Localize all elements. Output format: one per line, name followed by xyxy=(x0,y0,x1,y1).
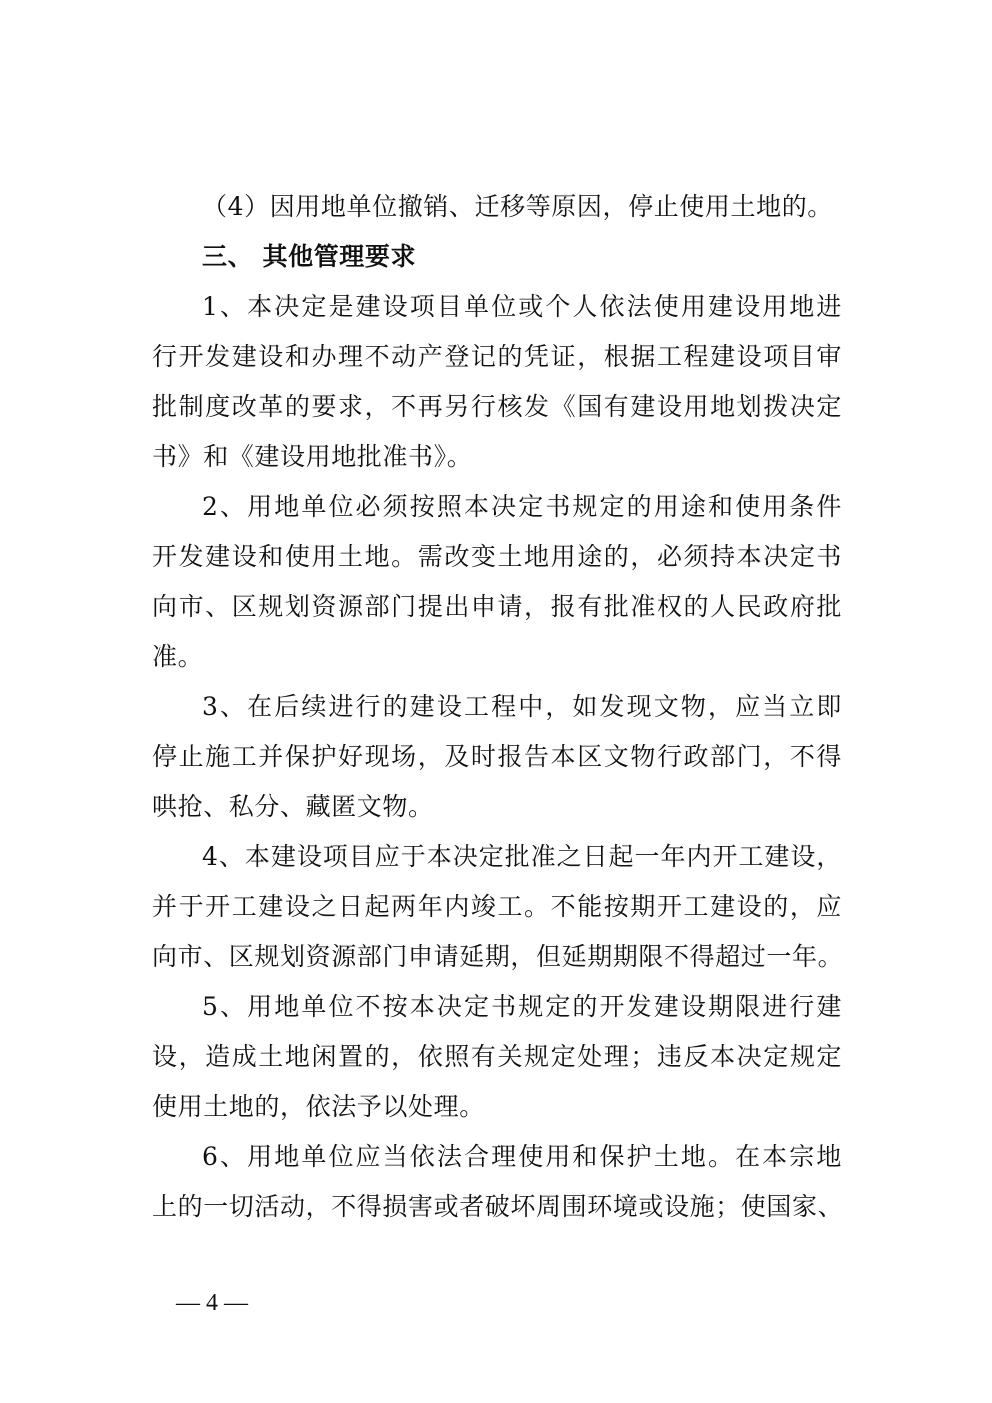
text-line: 哄抢、私分、藏匿文物。 xyxy=(152,782,842,832)
text-line: 设，造成土地闲置的，依照有关规定处理；违反本决定规定 xyxy=(152,1032,842,1082)
page-body: （4）因用地单位撤销、迁移等原因，停止使用土地的。 三、 其他管理要求 1、本决… xyxy=(152,182,842,1232)
text-line: 书》和《建设用地批准书》。 xyxy=(152,432,842,482)
paragraph-clause-1: 1、本决定是建设项目单位或个人依法使用建设用地进 行开发建设和办理不动产登记的凭… xyxy=(152,282,842,482)
text-line: 使用土地的，依法予以处理。 xyxy=(152,1082,842,1132)
text-line: 2、用地单位必须按照本决定书规定的用途和使用条件 xyxy=(152,482,842,532)
heading-line: 三、 其他管理要求 xyxy=(152,232,842,282)
text-line: 向市、区规划资源部门申请延期，但延期期限不得超过一年。 xyxy=(152,932,842,982)
text-line: 批制度改革的要求，不再另行核发《国有建设用地划拨决定 xyxy=(152,382,842,432)
paragraph-clause-2: 2、用地单位必须按照本决定书规定的用途和使用条件 开发建设和使用土地。需改变土地… xyxy=(152,482,842,682)
text-line: 5、用地单位不按本决定书规定的开发建设期限进行建 xyxy=(152,982,842,1032)
paragraph-item-4-subclause: （4）因用地单位撤销、迁移等原因，停止使用土地的。 xyxy=(152,182,842,232)
paragraph-clause-4: 4、本建设项目应于本决定批准之日起一年内开工建设， 并于开工建设之日起两年内竣工… xyxy=(152,832,842,982)
text-line: 4、本建设项目应于本决定批准之日起一年内开工建设， xyxy=(152,832,842,882)
text-line: 3、在后续进行的建设工程中，如发现文物，应当立即 xyxy=(152,682,842,732)
text-line: 1、本决定是建设项目单位或个人依法使用建设用地进 xyxy=(152,282,842,332)
text-line: 行开发建设和办理不动产登记的凭证，根据工程建设项目审 xyxy=(152,332,842,382)
text-line: 停止施工并保护好现场，及时报告本区文物行政部门，不得 xyxy=(152,732,842,782)
paragraph-clause-5: 5、用地单位不按本决定书规定的开发建设期限进行建 设，造成土地闲置的，依照有关规… xyxy=(152,982,842,1132)
text-line: 向市、区规划资源部门提出申请，报有批准权的人民政府批 xyxy=(152,582,842,632)
paragraph-clause-3: 3、在后续进行的建设工程中，如发现文物，应当立即 停止施工并保护好现场，及时报告… xyxy=(152,682,842,832)
text-line: （4）因用地单位撤销、迁移等原因，停止使用土地的。 xyxy=(152,182,842,232)
text-line: 6、用地单位应当依法合理使用和保护土地。在本宗地 xyxy=(152,1132,842,1182)
paragraph-clause-6: 6、用地单位应当依法合理使用和保护土地。在本宗地 上的一切活动，不得损害或者破坏… xyxy=(152,1132,842,1232)
page-number: — 4 — xyxy=(176,1283,248,1323)
text-line: 上的一切活动，不得损害或者破坏周围环境或设施；使国家、 xyxy=(152,1182,842,1232)
text-line: 准。 xyxy=(152,632,842,682)
text-line: 开发建设和使用土地。需改变土地用途的，必须持本决定书 xyxy=(152,532,842,582)
section-heading: 三、 其他管理要求 xyxy=(152,232,842,282)
text-line: 并于开工建设之日起两年内竣工。不能按期开工建设的，应 xyxy=(152,882,842,932)
